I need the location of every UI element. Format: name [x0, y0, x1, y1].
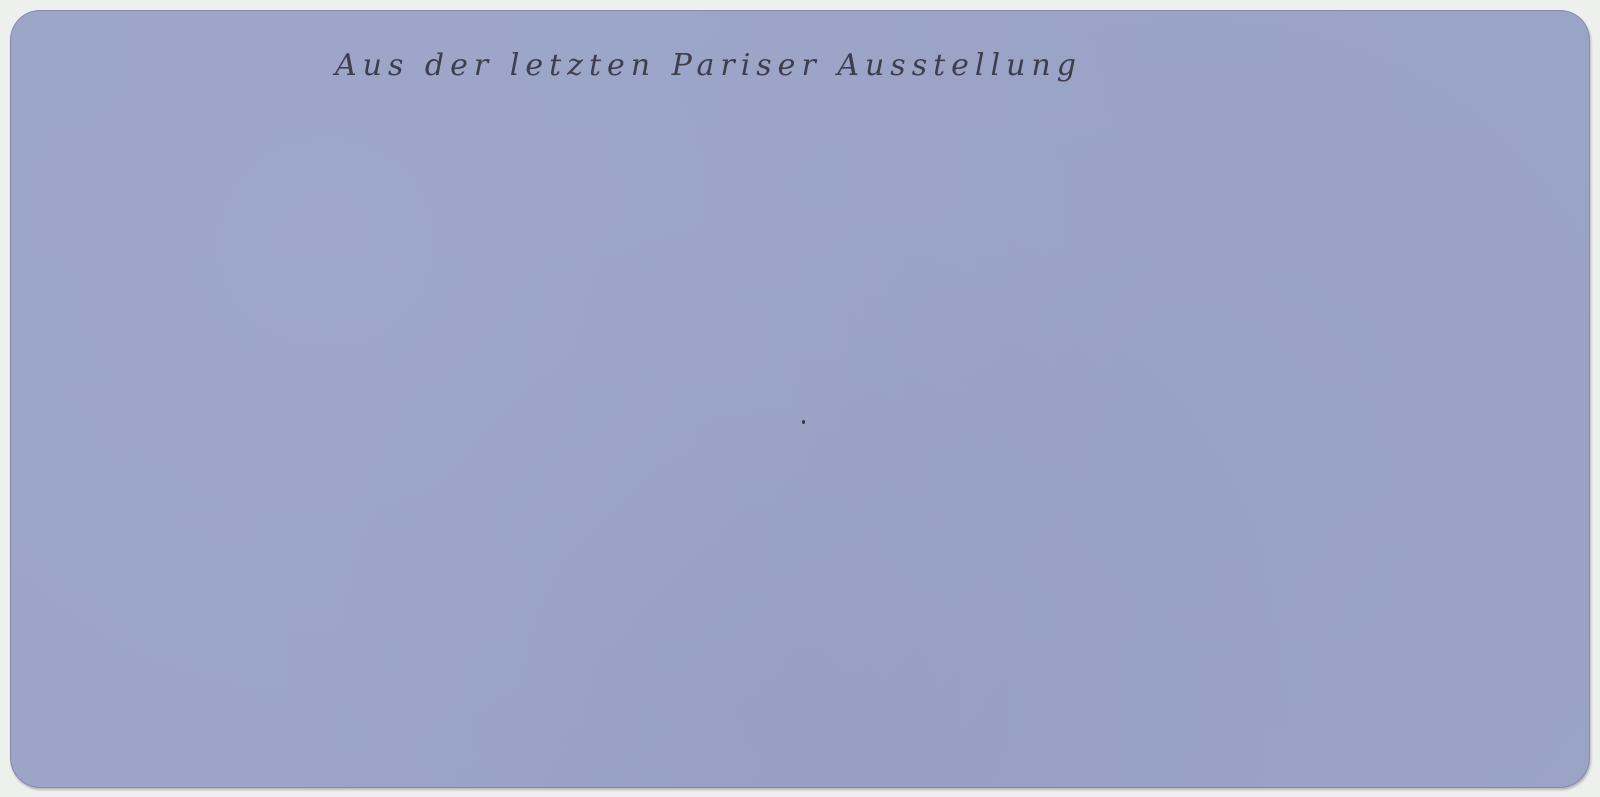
handwritten-inscription: Aus der letzten Pariser Ausstellung — [335, 48, 1395, 83]
ink-speck — [802, 420, 805, 424]
stereoview-card-back: Aus der letzten Pariser Ausstellung — [10, 10, 1590, 788]
